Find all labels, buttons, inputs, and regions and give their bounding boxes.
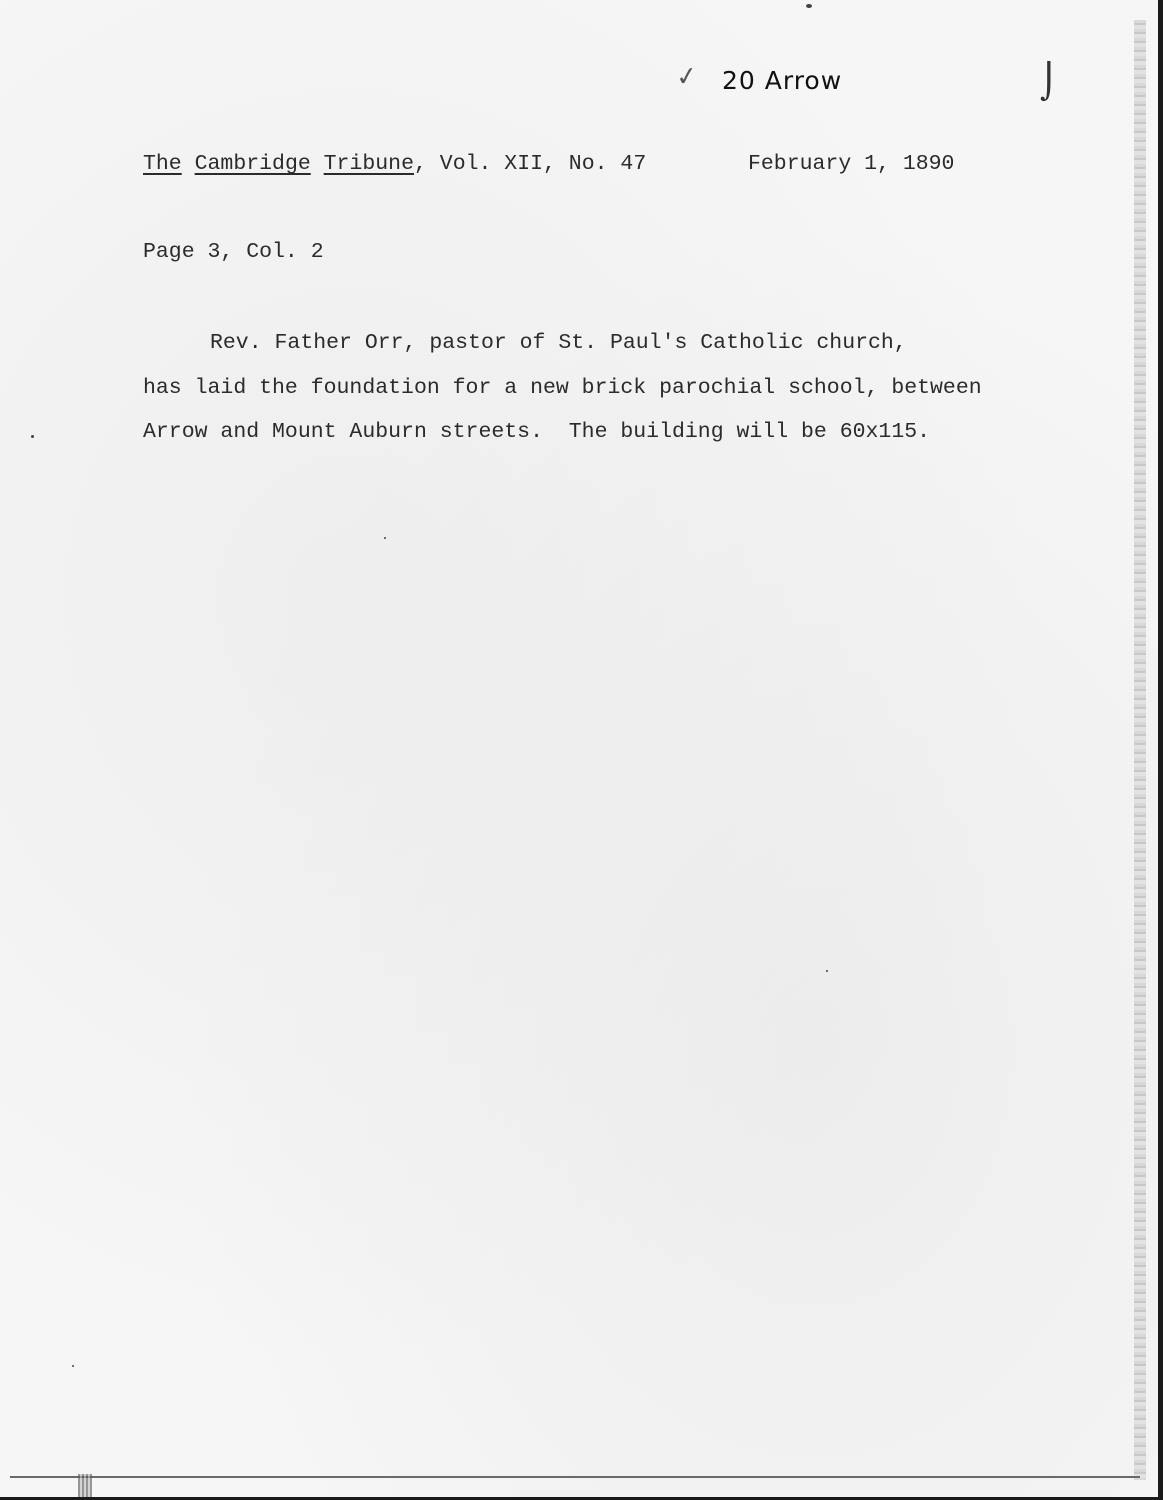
scan-speck — [72, 1365, 74, 1367]
scan-speck — [806, 4, 812, 8]
body-line: Arrow and Mount Auburn streets. The buil… — [143, 420, 930, 444]
scan-bottom-rule — [10, 1476, 1140, 1478]
corner-mark-icon: ⌡ — [1040, 62, 1058, 102]
publication-word: Cambridge — [195, 152, 311, 176]
scan-speck — [826, 970, 828, 972]
scan-edge-shadow — [1134, 20, 1146, 1480]
publication-word: Tribune — [324, 152, 414, 176]
scan-speck — [384, 537, 386, 539]
document-page: ✓ 20 Arrow ⌡ The Cambridge Tribune, Vol.… — [0, 0, 1163, 1500]
body-line: has laid the foundation for a new brick … — [143, 376, 982, 400]
publication-date: February 1, 1890 — [748, 152, 954, 176]
publication-word: The — [143, 152, 182, 176]
issue-info: , Vol. XII, No. 47 — [414, 152, 646, 176]
scan-border-right — [1158, 0, 1163, 1500]
checkmark-icon: ✓ — [674, 61, 700, 94]
body-line: Rev. Father Orr, pastor of St. Paul's Ca… — [210, 331, 907, 355]
handwritten-note: 20 Arrow — [722, 66, 842, 95]
scan-speck — [31, 435, 34, 438]
citation-header: The Cambridge Tribune, Vol. XII, No. 47 — [143, 152, 646, 176]
page-column-reference: Page 3, Col. 2 — [143, 240, 324, 264]
